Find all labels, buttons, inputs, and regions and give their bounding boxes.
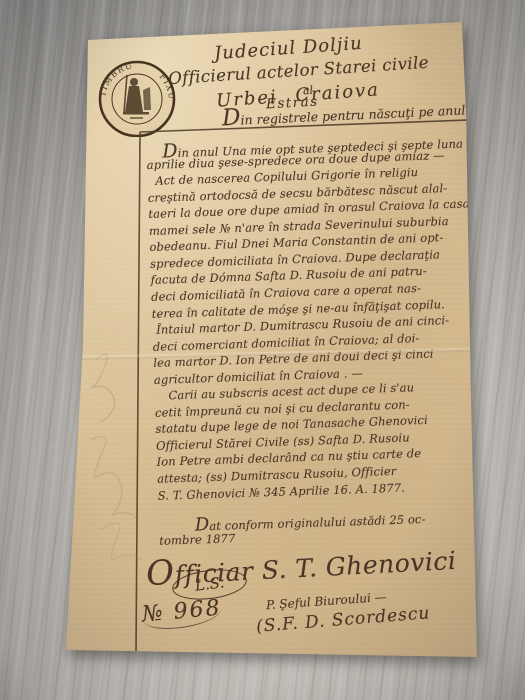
handwritten-line: tombre 1877 <box>159 531 236 548</box>
photo-scene: TIMBRU FIXU Judeciul Doljiu Officierul a… <box>0 0 525 700</box>
document-number: № 968 <box>141 596 223 632</box>
document-paper: TIMBRU FIXU Judeciul Doljiu Officierul a… <box>0 0 525 700</box>
paper-shadow: TIMBRU FIXU Judeciul Doljiu Officierul a… <box>0 0 525 700</box>
manuscript-body: Din anul Una mie opt sute şeptedeci şi ş… <box>141 0 492 580</box>
